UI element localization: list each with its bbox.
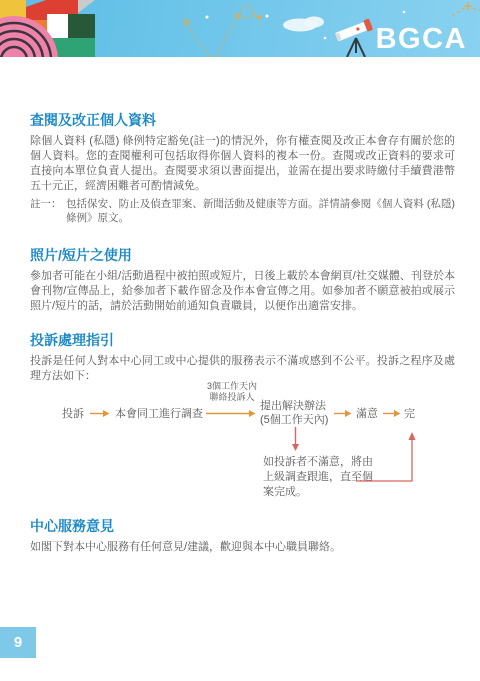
complaint-flowchart: 投訴 本會同工進行調查 3個工作天內 聯絡投訴人 提出解決辦法 (5個工作天內) [60,387,455,512]
flow-step-solution: 提出解決辦法 (5個工作天內) [260,400,328,427]
footnote-text: 包括保安、防止及偵查罪案、新聞活動及健康等方面。詳情請參閱《個人資料 (私隱) … [66,198,455,225]
flow-arrow-right-icon [334,409,352,418]
section-heading-photo-video-use: 照片/短片之使用 [30,247,455,264]
flow-arrow-label-line1: 3個工作天內 [188,381,276,392]
page-header-banner: BGCA [0,0,480,57]
flow-step-satisfied: 滿意 [356,407,378,421]
flow-arrow-right-icon [90,409,110,418]
telescope-icon [332,12,382,57]
paragraph-service-feedback: 如閣下對本中心服務有任何意見/建議，歡迎與本中心職員聯絡。 [30,540,455,555]
flow-step-solution-line1: 提出解決辦法 [260,400,326,412]
footnote-label: 註一： [30,198,66,225]
flow-step-complete: 完 [404,407,415,421]
footnote: 註一： 包括保安、防止及偵查罪案、新聞活動及健康等方面。詳情請參閱《個人資料 (… [30,198,455,225]
paragraph-access-personal-data: 除個人資料 (私隱) 條例特定豁免(註一)的情況外，你有權查閱及改正本會存有關於… [30,134,455,194]
bgca-logo: BGCA [376,23,467,56]
flow-loop-arrow-icon [356,429,420,487]
page-number-badge: 9 [0,627,36,658]
flow-arrow-down-icon [291,427,300,452]
section-heading-service-feedback: 中心服務意見 [30,518,455,535]
flow-arrow-label: 3個工作天內 聯絡投訴人 [188,381,276,402]
flow-step-solution-line2: (5個工作天內) [260,414,328,426]
paragraph-complaint-handling: 投訴是任何人對本中心同工或中心提供的服務表示不滿或感到不公平。投訴之程序及處理方… [30,354,455,384]
section-heading-complaint-handling: 投訴處理指引 [30,332,455,349]
flow-arrow-right-icon [383,409,401,418]
document-page: BGCA 查閱及改正個人資料 除個人資料 (私隱) 條例特定豁免(註一)的情況外… [0,0,480,681]
flow-arrow-right-icon [206,409,256,418]
section-heading-access-personal-data: 查閱及改正個人資料 [30,112,455,129]
flow-step-complaint: 投訴 [62,407,84,421]
paragraph-photo-video-use: 參加者可能在小組/活動過程中被拍照或短片，日後上載於本會網頁/社交媒體、刊登於本… [30,269,455,314]
page-content: 查閱及改正個人資料 除個人資料 (私隱) 條例特定豁免(註一)的情況外，你有權查… [0,112,480,555]
flow-step-investigation: 本會同工進行調查 [115,407,203,421]
